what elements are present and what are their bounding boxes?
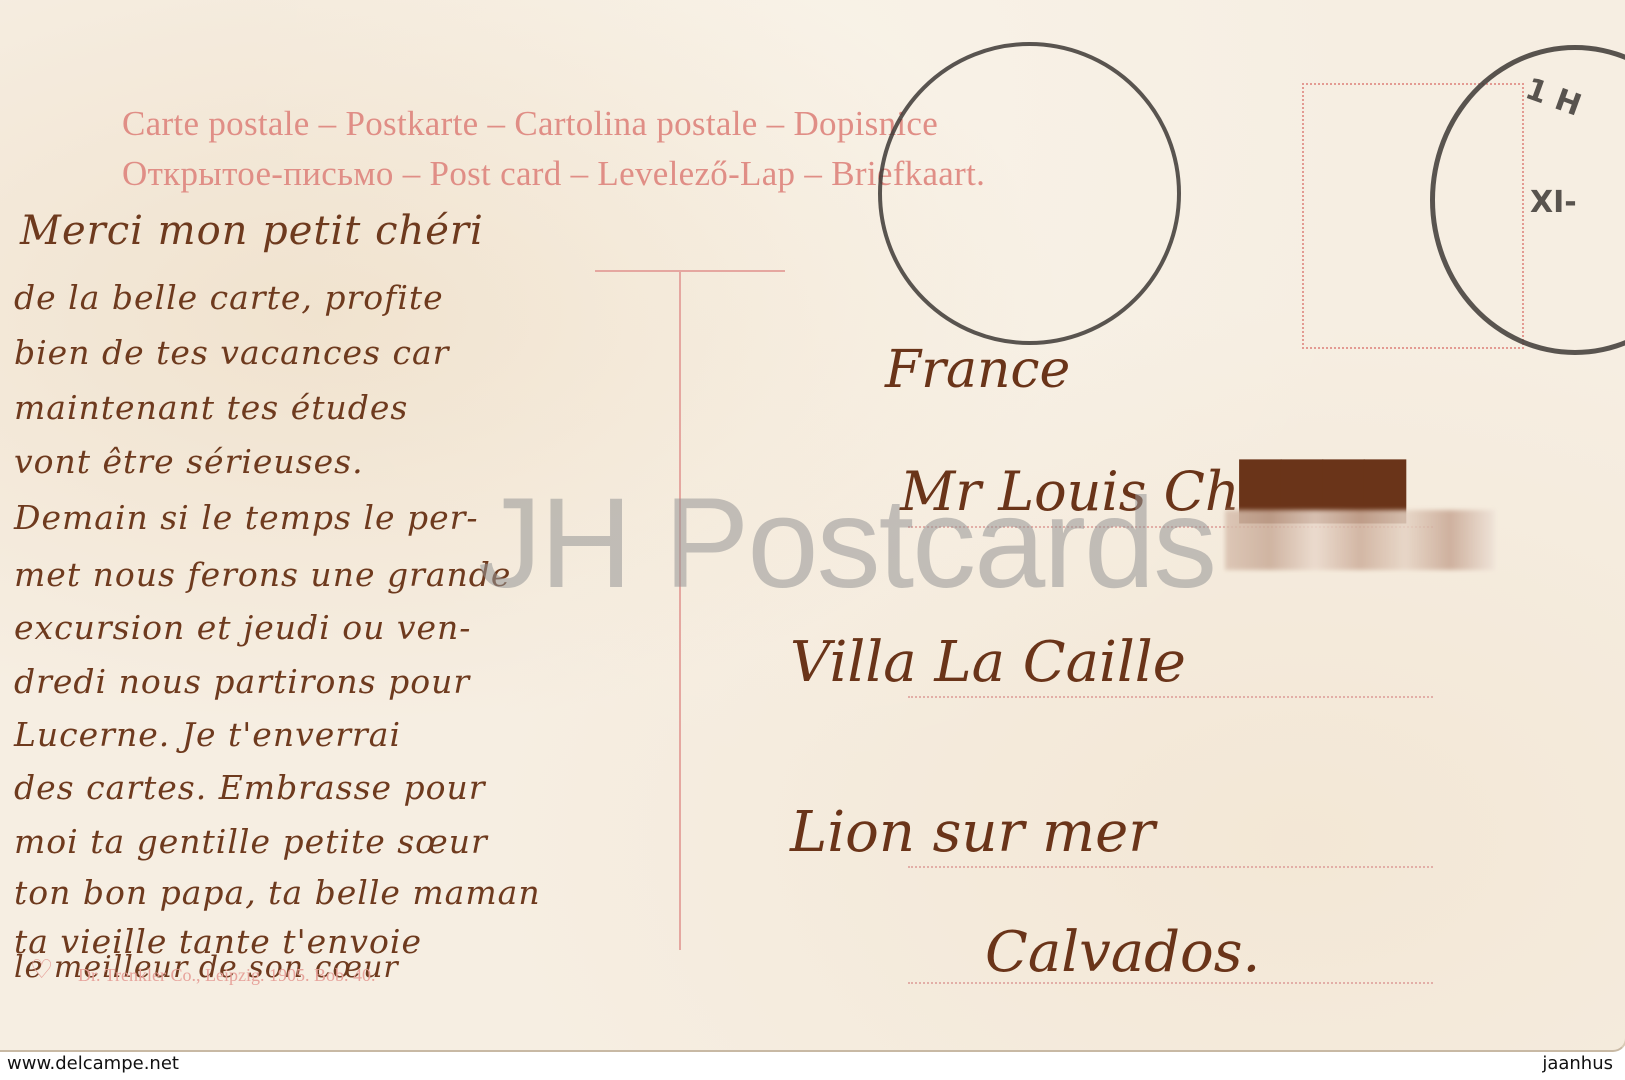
message-line: Lucerne. Je t'enverrai: [14, 715, 401, 754]
address-town: Lion sur mer: [790, 800, 1155, 865]
address-rule-3: [908, 866, 1433, 868]
message-line: vont être sérieuses.: [14, 442, 364, 481]
watermark: JH Postcards: [478, 470, 1215, 617]
message-line: des cartes. Embrasse pour: [14, 768, 486, 807]
seller-label: jaanhus: [1542, 1053, 1613, 1074]
header-divider: [595, 270, 785, 272]
address-street: Villa La Caille: [790, 630, 1186, 695]
message-line: maintenant tes études: [14, 388, 408, 427]
message-line: bien de tes vacances car: [14, 333, 449, 372]
message-line: excursion et jeudi ou ven-: [14, 608, 471, 647]
message-line: moi ta gentille petite sœur: [14, 822, 488, 861]
message-line: ton bon papa, ta belle maman: [14, 873, 541, 912]
message-line: de la belle carte, profite: [14, 278, 444, 317]
postcard-back: Carte postale – Postkarte – Cartolina po…: [0, 0, 1625, 1052]
publisher-imprint: Dr. Trenkler Co., Leipzig. 1905. Bob. 40…: [78, 965, 376, 986]
printed-header-line-2: Открытое-письмо – Post card – Levelező-L…: [122, 154, 985, 194]
postmark-right-top-text: 1 H: [1521, 71, 1586, 123]
postmark-left: [878, 42, 1181, 345]
message-line: met nous ferons une grande: [14, 555, 511, 594]
redacted-surname: [1225, 510, 1495, 570]
address-rule-2: [908, 696, 1433, 698]
publisher-heart-logo-icon: ♡: [30, 955, 60, 985]
message-line: Merci mon petit chéri: [20, 208, 484, 254]
source-site-label: www.delcampe.net: [7, 1053, 179, 1074]
address-country: France: [885, 340, 1070, 400]
printed-header-line-1: Carte postale – Postkarte – Cartolina po…: [122, 104, 938, 144]
postmark-right-date-text: XI-: [1530, 185, 1577, 220]
message-line: dredi nous partirons pour: [14, 662, 470, 701]
message-line: Demain si le temps le per-: [14, 498, 479, 537]
address-region: Calvados.: [985, 920, 1260, 985]
